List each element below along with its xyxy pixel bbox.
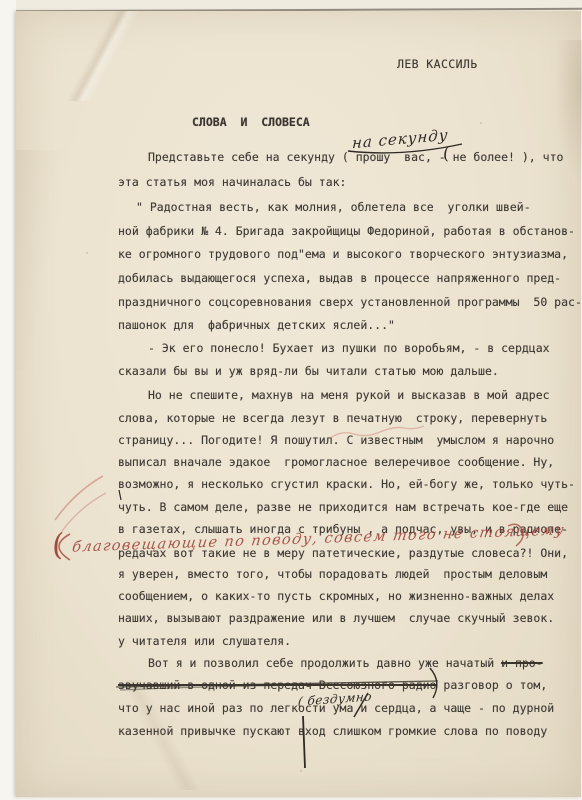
typed-line: эта статья моя начиналась бы так: xyxy=(118,175,346,189)
typed-line: Но не спешите, махнув на меня рукой и вы… xyxy=(148,388,550,402)
typed-line: звучавший в одной из передач Всесоюзного… xyxy=(118,678,547,692)
typed-line: добилась выдающегося успеха, выдав в про… xyxy=(118,271,561,285)
paper-speck xyxy=(480,122,482,124)
typed-line: выписал вначале эдакое громогласное веле… xyxy=(118,455,554,469)
typed-line: " Радостная весть, как молния, облетела … xyxy=(136,200,531,214)
typed-line: Представьте себе на секунду ( прошу вас,… xyxy=(148,150,563,164)
typed-line: праздничного соцсоревнования сверх устан… xyxy=(118,295,582,309)
typed-line: пашонок для фабричных детских яслей..." xyxy=(118,318,395,332)
page-title: СЛОВА И СЛОВЕСА xyxy=(192,115,310,129)
typed-line: ной фабрики № 4. Бригада закройщицы Федо… xyxy=(118,224,575,238)
typed-line: у читателя или слушателя. xyxy=(118,634,291,648)
scanned-page: ЛЕВ КАССИЛЬ СЛОВА И СЛОВЕСА Представьте … xyxy=(0,0,582,800)
typed-line: я уверен, вместо того, чтобы порадовать … xyxy=(118,567,547,581)
typed-line: сообщением, о каких-то пусть скромных, н… xyxy=(118,589,554,603)
paper-speck xyxy=(300,770,302,772)
typed-line: слова, которые не всегда лезут в печатну… xyxy=(118,411,547,425)
typed-line: возможно, я несколько сгустил краски. Но… xyxy=(118,477,575,491)
paper-speck xyxy=(86,252,88,254)
typed-line: чуть. В самом деле, разве не приходится … xyxy=(118,500,568,514)
typed-line: - Эк его понесло! Бухает из пушки по вор… xyxy=(148,341,550,355)
typed-line: страницу... Погодите! Я пошутил. С извес… xyxy=(118,433,554,447)
typed-line: сказали бы вы и уж вряд-ли бы читали ста… xyxy=(118,364,499,378)
typed-line: наших, вызывают раздражение или в лучшем… xyxy=(118,611,554,625)
typed-line: Вот я и позволил себе продолжить давно у… xyxy=(148,656,543,670)
author-line: ЛЕВ КАССИЛЬ xyxy=(397,57,478,71)
typed-line: ке огромного трудового под"ема и высоког… xyxy=(118,247,568,261)
scan-left-margin xyxy=(0,0,16,800)
handwritten-paren: ( xyxy=(442,144,451,165)
typed-line: казенной привычке пускают вход слишком г… xyxy=(118,724,547,738)
